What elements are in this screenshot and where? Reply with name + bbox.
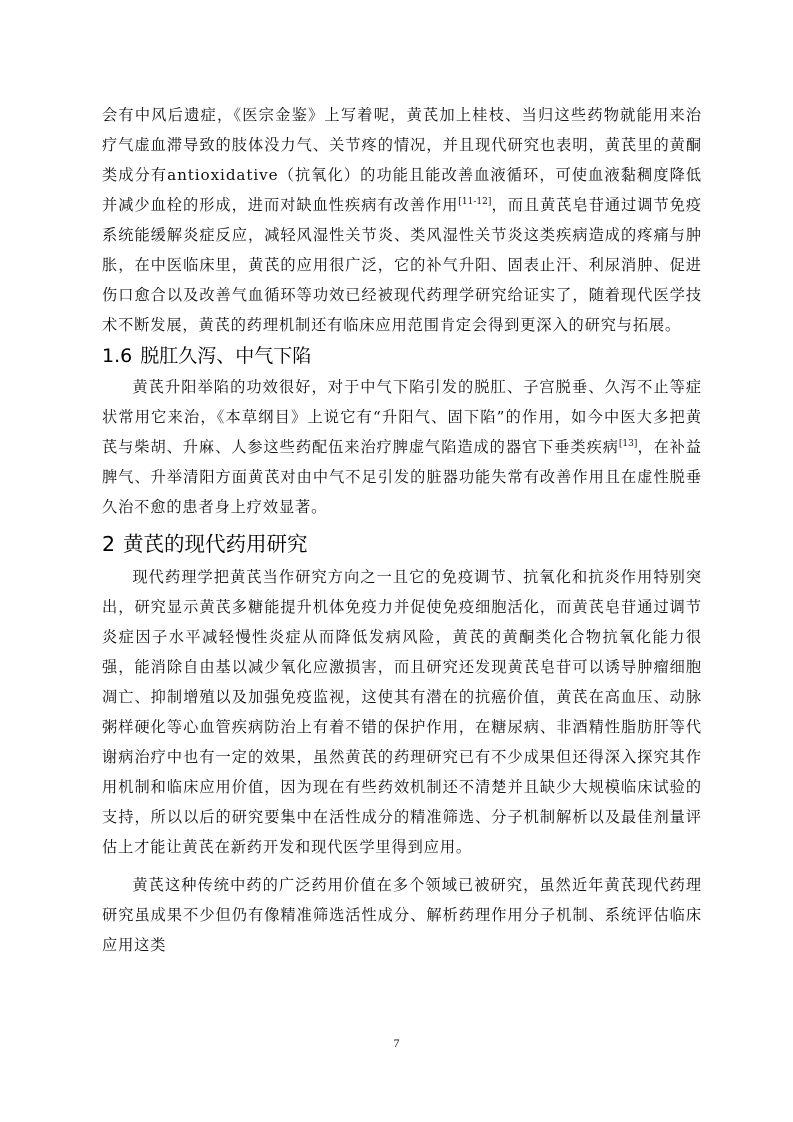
section-title: 脱肛久泻、中气下陷 [140,345,311,367]
page-number: 7 [0,1036,793,1051]
section-heading-2: 2黄芪的现代药用研究 [102,526,702,562]
section-number: 1.6 [102,345,132,367]
paragraph-section-2-second: 黄芪这种传统中药的广泛药用价值在多个领域已被研究，虽然近年黄芪现代药理研究虽成果… [102,870,702,960]
citation: [11-12] [458,197,491,207]
paragraph-text: ，而且黄芪皂苷通过调节免疫系统能缓解炎症反应，减轻风湿性关节炎、类风湿性关节炎这… [102,196,702,334]
citation: [13] [619,439,637,449]
paragraph-section-2-first: 现代药理学把黄芪当作研究方向之一且它的免疫调节、抗氧化和抗炎作用特别突出，研究显… [102,562,702,862]
paragraph-text: 黄芪升阳举陷的功效很好，对于中气下陷引发的脱肛、子宫脱垂、久泻不止等症状常用它来… [102,378,702,456]
paragraph-continuation: 会有中风后遗症，《医宗金鉴》上写着呢，黄芪加上桂枝、当归这些药物就能用来治疗气虚… [102,100,702,340]
document-page: 会有中风后遗症，《医宗金鉴》上写着呢，黄芪加上桂枝、当归这些药物就能用来治疗气虚… [102,100,702,960]
section-title: 黄芪的现代药用研究 [123,532,308,556]
section-number: 2 [102,532,115,556]
paragraph-section-1-6: 黄芪升阳举陷的功效很好，对于中气下陷引发的脱肛、子宫脱垂、久泻不止等症状常用它来… [102,372,702,522]
section-heading-1-6: 1.6脱肛久泻、中气下陷 [102,340,702,372]
